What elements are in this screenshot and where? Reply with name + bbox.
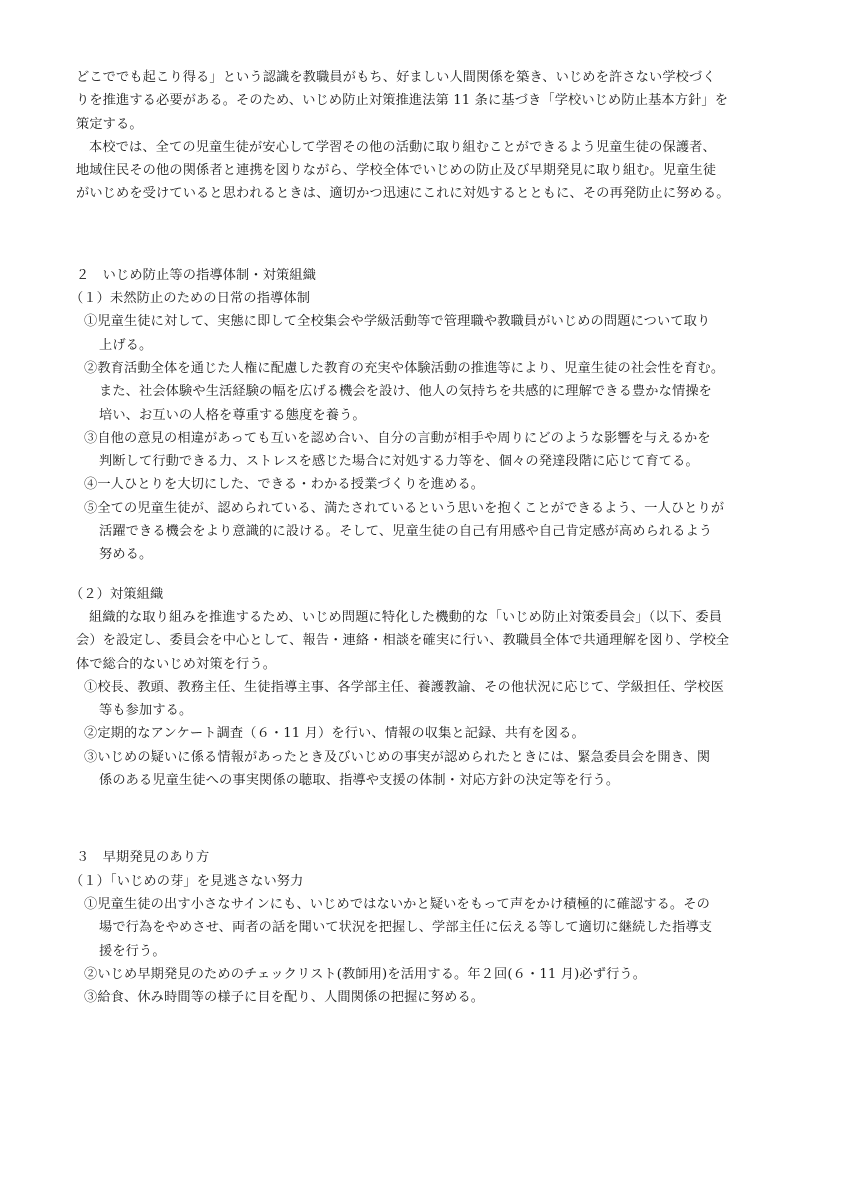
spacer <box>76 206 802 264</box>
text-line: 活躍できる機会をより意識的に設ける。そして、児童生徒の自己有用感や自己肯定感が高… <box>76 520 802 543</box>
text-line: ③自他の意見の相違があっても互いを認め合い、自分の言動が相手や周りにどのような影… <box>76 427 802 450</box>
text-line: 上げる。 <box>76 334 802 357</box>
text-line: 係のある児童生徒への事実関係の聴取、指導や支援の体制・対応方針の決定等を行う。 <box>76 769 802 792</box>
subsection-heading: （２）対策組織 <box>70 583 802 606</box>
intro-paragraph-2: 本校では、全ての児童生徒が安心して学習その他の活動に取り組むことができるよう児童… <box>76 136 802 206</box>
list-item: ①児童生徒の出す小さなサインにも、いじめではないかと疑いをもって声をかけ積極的に… <box>76 893 802 963</box>
text-line: 策定する。 <box>76 113 802 136</box>
text-line: 組織的な取り組みを推進するため、いじめ問題に特化した機動的な「いじめ防止対策委員… <box>76 606 802 629</box>
list-item: ③いじめの疑いに係る情報があったとき及びいじめの事実が認められたときには、緊急委… <box>76 746 802 793</box>
text-line: ③いじめの疑いに係る情報があったとき及びいじめの事実が認められたときには、緊急委… <box>76 746 802 769</box>
text-line: ⑤全ての児童生徒が、認められている、満たされているという思いを抱くことができるよ… <box>76 497 802 520</box>
list-item: ①校長、教頭、教務主任、生徒指導主事、各学部主任、養護教諭、その他状況に応じて、… <box>76 676 802 723</box>
subsection-heading: （１）「いじめの芽」を見逃さない努力 <box>70 870 802 893</box>
text-line: 体で総合的ないじめ対策を行う。 <box>76 653 802 676</box>
list-item: ②いじめ早期発見のためのチェックリスト(教師用)を活用する。年２回(６・11 月… <box>76 963 802 986</box>
text-line: ①校長、教頭、教務主任、生徒指導主事、各学部主任、養護教諭、その他状況に応じて、… <box>76 676 802 699</box>
spacer <box>76 792 802 846</box>
text-line: ②教育活動全体を通じた人権に配慮した教育の充実や体験活動の推進等により、児童生徒… <box>76 357 802 380</box>
subsection-body: 組織的な取り組みを推進するため、いじめ問題に特化した機動的な「いじめ防止対策委員… <box>76 606 802 676</box>
list-item: ③給食、休み時間等の様子に目を配り、人間関係の把握に努める。 <box>76 986 802 1009</box>
text-line: 援を行う。 <box>76 940 802 963</box>
text-line: りを推進する必要がある。そのため、いじめ防止対策推進法第 11 条に基づき「学校… <box>76 89 802 112</box>
intro-paragraph-1: どこででも起こり得る」という認識を教職員がもち、好ましい人間関係を築き、いじめを… <box>76 66 802 136</box>
text-line: 培い、お互いの人格を尊重する態度を養う。 <box>76 404 802 427</box>
list-item: ②教育活動全体を通じた人権に配慮した教育の充実や体験活動の推進等により、児童生徒… <box>76 357 802 427</box>
list-item: ②定期的なアンケート調査（６・11 月）を行い、情報の収集と記録、共有を図る。 <box>76 722 802 745</box>
list-item: ①児童生徒に対して、実態に即して全校集会や学級活動等で管理職や教職員がいじめの問… <box>76 310 802 357</box>
section-heading: ２ いじめ防止等の指導体制・対策組織 <box>76 264 802 287</box>
text-line: ②定期的なアンケート調査（６・11 月）を行い、情報の収集と記録、共有を図る。 <box>76 722 802 745</box>
spacer <box>76 567 802 583</box>
text-line: どこででも起こり得る」という認識を教職員がもち、好ましい人間関係を築き、いじめを… <box>76 66 802 89</box>
text-line: ①児童生徒に対して、実態に即して全校集会や学級活動等で管理職や教職員がいじめの問… <box>76 310 802 333</box>
section-2: ２ いじめ防止等の指導体制・対策組織 （１）未然防止のための日常の指導体制 ①児… <box>76 264 802 793</box>
section-3: ３ 早期発見のあり方 （１）「いじめの芽」を見逃さない努力 ①児童生徒の出す小さ… <box>76 846 802 1009</box>
text-line: また、社会体験や生活経験の幅を広げる機会を設け、他人の気持ちを共感的に理解できる… <box>76 380 802 403</box>
text-line: 等も参加する。 <box>76 699 802 722</box>
text-line: ③給食、休み時間等の様子に目を配り、人間関係の把握に努める。 <box>76 986 802 1009</box>
list-item: ⑤全ての児童生徒が、認められている、満たされているという思いを抱くことができるよ… <box>76 497 802 567</box>
text-line: 本校では、全ての児童生徒が安心して学習その他の活動に取り組むことができるよう児童… <box>76 136 802 159</box>
section-heading: ３ 早期発見のあり方 <box>76 846 802 869</box>
text-line: がいじめを受けていると思われるときは、適切かつ迅速にこれに対処するとともに、その… <box>76 182 802 205</box>
text-line: 場で行為をやめさせ、両者の話を聞いて状況を把握し、学部主任に伝える等して適切に継… <box>76 916 802 939</box>
document-page: どこででも起こり得る」という認識を教職員がもち、好ましい人間関係を築き、いじめを… <box>76 66 802 1009</box>
text-line: ①児童生徒の出す小さなサインにも、いじめではないかと疑いをもって声をかけ積極的に… <box>76 893 802 916</box>
text-line: 会）を設定し、委員会を中心として、報告・連絡・相談を確実に行い、教職員全体で共通… <box>76 629 802 652</box>
subsection-heading: （１）未然防止のための日常の指導体制 <box>70 287 802 310</box>
text-line: 努める。 <box>76 543 802 566</box>
text-line: 地域住民その他の関係者と連携を図りながら、学校全体でいじめの防止及び早期発見に取… <box>76 159 802 182</box>
text-line: 判断して行動できる力、ストレスを感じた場合に対処する力等を、個々の発達段階に応じ… <box>76 450 802 473</box>
list-item: ④一人ひとりを大切にした、できる・わかる授業づくりを進める。 <box>76 473 802 496</box>
text-line: ②いじめ早期発見のためのチェックリスト(教師用)を活用する。年２回(６・11 月… <box>76 963 802 986</box>
text-line: ④一人ひとりを大切にした、できる・わかる授業づくりを進める。 <box>76 473 802 496</box>
list-item: ③自他の意見の相違があっても互いを認め合い、自分の言動が相手や周りにどのような影… <box>76 427 802 474</box>
